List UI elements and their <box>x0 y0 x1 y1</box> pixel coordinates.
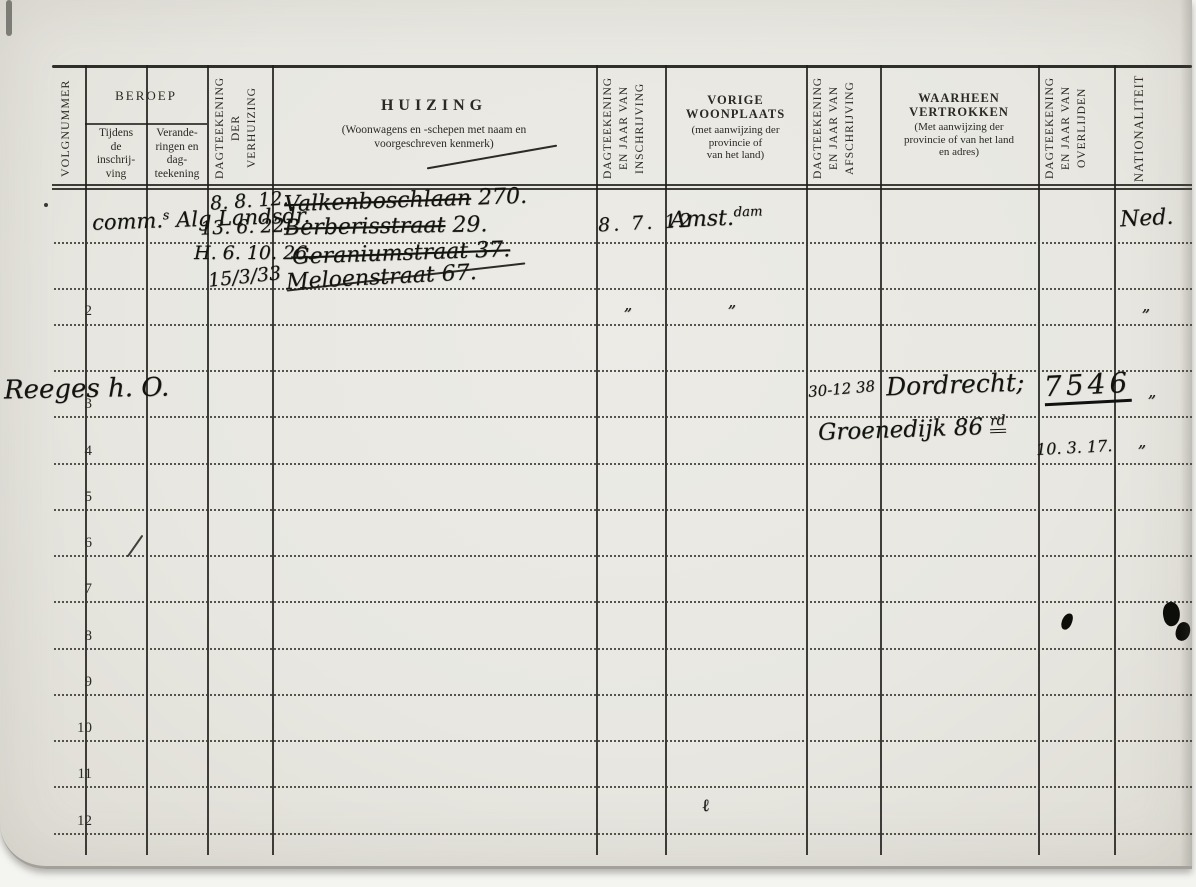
handwritten-removal-date: 13. 6. 22. <box>200 214 291 239</box>
column-line <box>665 65 667 855</box>
scan-corner-nick <box>6 0 12 36</box>
handwritten-previous-residence: Amst.dam <box>670 204 764 233</box>
column-header-waarheen-vertrokken: WAARHEEN VERTROKKEN <box>880 91 1038 119</box>
header-line: VORIGE <box>665 93 806 107</box>
handwritten-death-date: 10. 3. 17. <box>1036 436 1113 459</box>
row-number: 2 <box>58 303 92 320</box>
destination-address-superscript: rd <box>990 413 1006 434</box>
header-line: WOONPLAATS <box>665 107 806 121</box>
subheader-veranderingen: Verande- ringen en dag- teekening <box>147 127 207 181</box>
ditto-mark-nationality: „ <box>1138 432 1146 451</box>
column-header-verhuizing: VERHUIZING <box>246 72 258 184</box>
subheader-line: ringen en <box>147 141 207 155</box>
column-header-beroep: BEROEP <box>85 88 207 104</box>
row-number: 10 <box>58 720 92 737</box>
column-header-volgnummer: VOLGNUMMER <box>58 72 73 184</box>
handwritten-destination-city: Dordrecht; <box>886 368 1025 402</box>
ruled-dotted-line <box>54 509 1192 511</box>
subheader-line: Tijdens <box>86 127 146 141</box>
row-number: 5 <box>58 489 92 506</box>
subheader-line: inschrij- <box>86 154 146 168</box>
ditto-mark-nationality: „ <box>1142 296 1150 315</box>
column-header-overlijden: OVERLIJDEN <box>1076 72 1088 184</box>
ruled-dotted-line <box>54 833 1192 835</box>
previous-residence-text: Amst. <box>670 206 735 233</box>
row-number: 4 <box>58 443 92 460</box>
ditto-mark-nationality: „ <box>1148 382 1156 401</box>
ruled-dotted-line <box>54 694 1192 696</box>
column-line <box>272 65 274 855</box>
ruled-dotted-line <box>54 740 1192 742</box>
column-line <box>880 65 882 855</box>
caption-line: van het land) <box>665 149 806 162</box>
handwritten-address: Berberisstraat 29. <box>284 212 488 241</box>
address-struck: Berberisstraat <box>284 213 446 241</box>
column-caption-waarheen: (Met aanwijzing der provincie of van het… <box>880 121 1038 159</box>
row-number: 12 <box>58 813 92 830</box>
ruled-dotted-line <box>54 786 1192 788</box>
previous-residence-superscript: dam <box>733 204 762 220</box>
handwritten-destination-address: Groenedijk 86 rd <box>818 413 1007 446</box>
subheader-tijdens-inschrijving: Tijdens de inschrij- ving <box>86 127 146 181</box>
scanned-register-card-page: VOLGNUMMER BEROEP Tijdens de inschrij- v… <box>0 0 1196 887</box>
row-number: 11 <box>58 766 92 783</box>
column-header-verhuizing: DAGTEEKENING <box>214 72 226 184</box>
occupation-text: comm. <box>92 208 164 234</box>
column-header-overlijden: EN JAAR VAN <box>1060 72 1072 184</box>
scan-edge-shadow <box>1180 0 1192 866</box>
column-header-afschrijving: DAGTEEKENING <box>812 72 824 184</box>
address-text: 270. <box>471 184 528 211</box>
caption-line: (Met aanwijzing der <box>880 121 1038 134</box>
caption-line: provincie of <box>665 137 806 150</box>
handwritten-margin-note: Reeges h. O. <box>4 373 170 406</box>
row-number: 6 <box>58 535 92 552</box>
column-header-huizing: HUIZING <box>272 97 596 115</box>
row-number: 9 <box>58 674 92 691</box>
row-number: 7 <box>58 581 92 598</box>
column-header-inschrijving: DAGTEEKENING <box>602 72 614 184</box>
stray-pen-squiggle: ℓ <box>701 796 711 817</box>
subheader-line: teekening <box>147 168 207 182</box>
card-paper: VOLGNUMMER BEROEP Tijdens de inschrij- v… <box>0 0 1192 869</box>
handwritten-nationality: Ned. <box>1119 205 1174 233</box>
header-bottom-rule-2 <box>52 188 1192 190</box>
column-header-inschrijving: INSCHRIJVING <box>634 72 646 184</box>
header-bottom-rule <box>52 184 1192 186</box>
column-line <box>1114 65 1116 855</box>
ruled-dotted-line <box>54 324 1192 326</box>
caption-line: voorgeschreven kenmerk) <box>272 138 596 152</box>
ditto-mark-previous-residence: „ <box>728 292 736 311</box>
handwritten-register-number: 7546 <box>1043 366 1132 407</box>
subheader-line: dag- <box>147 154 207 168</box>
column-header-nationaliteit: NATIONALITEIT <box>1132 72 1147 184</box>
ink-blot <box>1060 612 1075 631</box>
header-line: WAARHEEN <box>880 91 1038 105</box>
handwritten-deregistration-date: 30-12 38 <box>807 377 875 401</box>
caption-line: (Woonwagens en -schepen met naam en <box>272 124 596 138</box>
column-line <box>596 65 598 855</box>
ruled-dotted-line <box>54 463 1192 465</box>
table-top-rule <box>52 65 1192 68</box>
column-line <box>806 65 808 855</box>
ruled-dotted-line <box>54 648 1192 650</box>
column-header-vorige-woonplaats: VORIGE WOONPLAATS <box>665 93 806 121</box>
header-line: VERTROKKEN <box>880 105 1038 119</box>
ruled-dotted-line <box>54 601 1192 603</box>
caption-line: en adres) <box>880 146 1038 159</box>
column-line <box>1038 65 1040 855</box>
column-line <box>146 65 148 855</box>
column-line <box>207 65 209 855</box>
subheader-line: de <box>86 141 146 155</box>
ink-speck <box>44 203 48 207</box>
destination-address-text: Groenedijk 86 <box>818 414 984 446</box>
column-header-afschrijving: AFSCHRIJVING <box>844 72 856 184</box>
column-header-overlijden: DAGTEEKENING <box>1044 72 1056 184</box>
row-number: 8 <box>58 628 92 645</box>
subheader-line: Verande- <box>147 127 207 141</box>
address-text: 29. <box>445 212 487 238</box>
column-header-afschrijving: EN JAAR VAN <box>828 72 840 184</box>
column-header-inschrijving: EN JAAR VAN <box>618 72 630 184</box>
ditto-mark-registration: „ <box>624 295 632 314</box>
ruled-dotted-line <box>54 416 1192 418</box>
subheader-line: ving <box>86 168 146 182</box>
column-header-verhuizing: DER <box>230 72 242 184</box>
ruled-dotted-line <box>54 555 1192 557</box>
caption-line: provincie of van het land <box>880 134 1038 147</box>
stray-pen-mark <box>127 535 143 557</box>
column-caption-vorige-woonplaats: (met aanwijzing der provincie of van het… <box>665 124 806 162</box>
caption-line: (met aanwijzing der <box>665 124 806 137</box>
